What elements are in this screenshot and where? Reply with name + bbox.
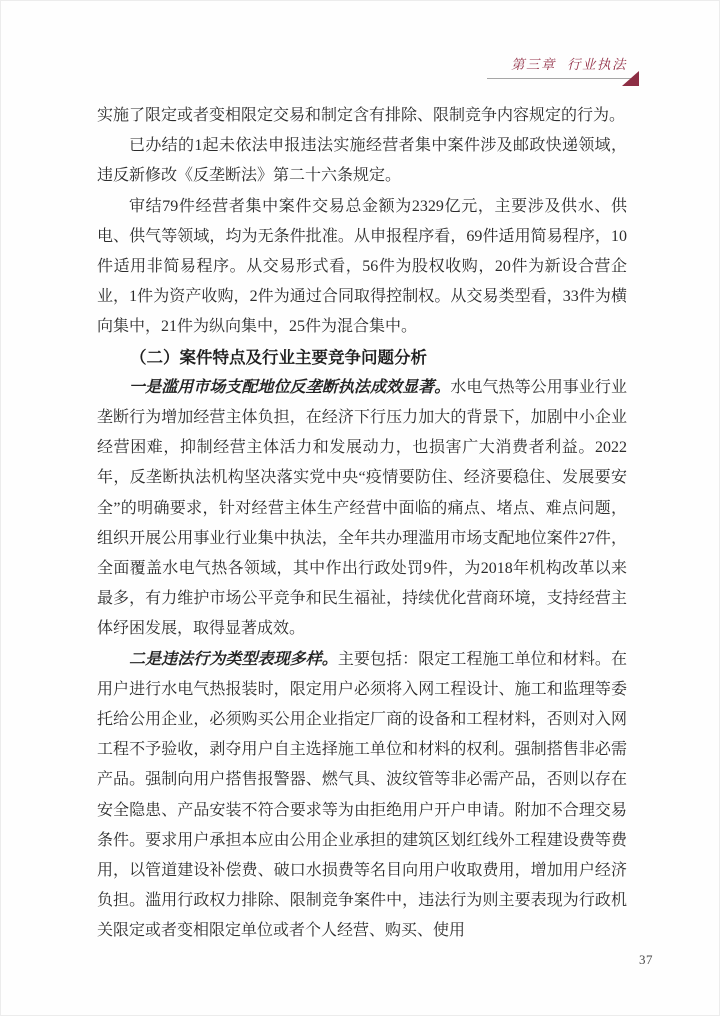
paragraph-merger-filing-case: 已办结的1起未依法申报违法实施经营者集中案件涉及邮政快递领域，违反新修改《反垄断… bbox=[97, 131, 627, 191]
paragraph-continuation: 实施了限定或者变相限定交易和制定含有排除、限制竞争内容规定的行为。 bbox=[97, 101, 627, 131]
emphasis-lead-two: 二是违法行为类型表现多样。 bbox=[129, 651, 338, 668]
emphasis-lead-one: 一是滥用市场支配地位反垄断执法成效显著。 bbox=[129, 379, 450, 396]
paragraph-text: 水电气热等公用事业行业垄断行为增加经营主体负担，在经济下行压力加大的背景下，加剧… bbox=[97, 379, 627, 638]
chapter-title: 行业执法 bbox=[567, 57, 627, 72]
paragraph-merger-review-stats: 审结79件经营者集中案件交易总金额为2329亿元，主要涉及供水、供电、供气等领域… bbox=[97, 192, 627, 343]
document-page: 第三章行业执法 实施了限定或者变相限定交易和制定含有排除、限制竞争内容规定的行为… bbox=[0, 0, 720, 1016]
paragraph-violation-types: 二是违法行为类型表现多样。主要包括：限定工程施工单位和材料。在用户进行水电气热报… bbox=[97, 645, 627, 947]
header-rule bbox=[487, 78, 633, 79]
corner-triangle-icon bbox=[622, 71, 639, 86]
page-number: 37 bbox=[639, 952, 653, 968]
section-heading: （二）案件特点及行业主要竞争问题分析 bbox=[97, 343, 627, 373]
running-head: 第三章行业执法 bbox=[1, 53, 627, 73]
paragraph-text: 主要包括：限定工程施工单位和材料。在用户进行水电气热报装时，限定用户必须将入网工… bbox=[97, 651, 627, 940]
body-text-column: 实施了限定或者变相限定交易和制定含有排除、限制竞争内容规定的行为。 已办结的1起… bbox=[97, 101, 627, 947]
paragraph-abuse-of-dominance: 一是滥用市场支配地位反垄断执法成效显著。水电气热等公用事业行业垄断行为增加经营主… bbox=[97, 373, 627, 645]
chapter-number: 第三章 bbox=[511, 57, 556, 72]
